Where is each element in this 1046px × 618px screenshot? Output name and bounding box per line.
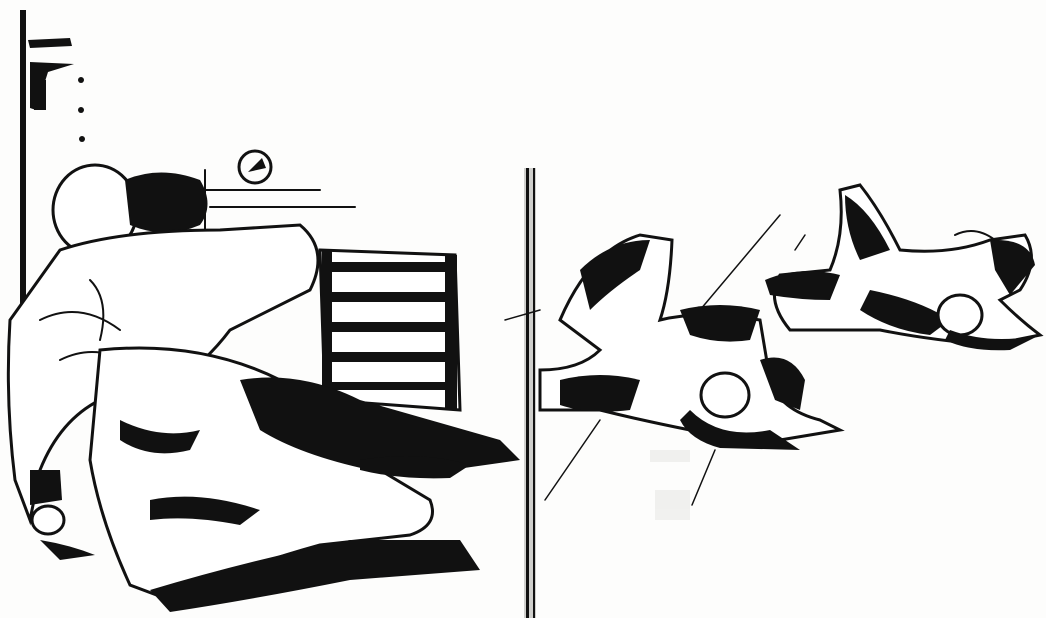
right-figure [765,185,1040,350]
center-figure [540,235,840,450]
wooden-crate [320,250,460,410]
porthole-fixture [239,151,271,183]
illustration-canvas [0,0,1046,618]
wall-bolts [78,77,85,142]
page-gutter [524,168,536,618]
paper-bleed-through [650,450,690,520]
illustration [0,0,1046,618]
wall-lines [205,170,355,230]
